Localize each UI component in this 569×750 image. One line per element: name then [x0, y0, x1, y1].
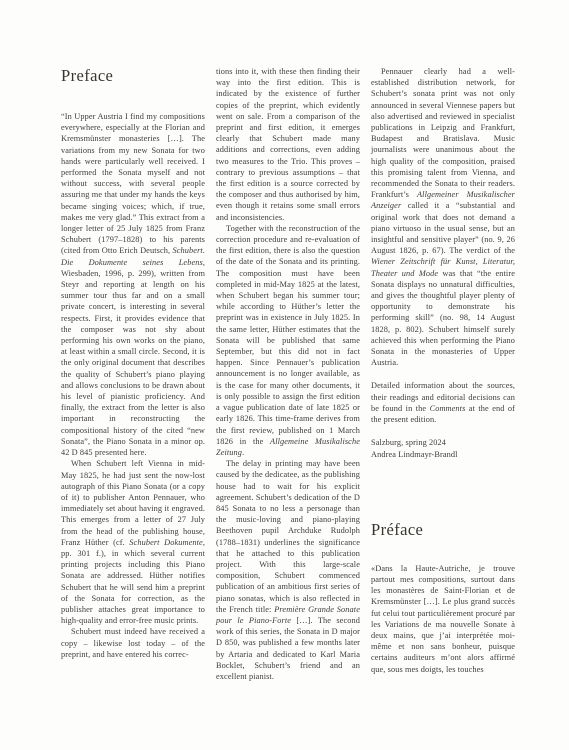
- paragraph-reception: Pennauer clearly had a well-established …: [371, 66, 515, 368]
- text-column-2: tions into it, with these then finding t…: [216, 66, 360, 682]
- signature-place-date: Salzburg, spring 2024: [371, 437, 515, 448]
- text-columns: Preface“In Upper Austria I find my compo…: [61, 66, 519, 682]
- paragraph-dedication: The delay in printing may have been caus…: [216, 458, 360, 682]
- preface-heading-french: Préface: [371, 520, 515, 540]
- paragraph-letter-quote: “In Upper Austria I find my compositions…: [61, 111, 205, 458]
- text-column-3: Pennauer clearly had a well-established …: [371, 66, 515, 675]
- paragraph-french-letter-quote: «Dans la Haute-Autriche, je trouve parto…: [371, 563, 515, 675]
- paragraph-autograph-sent: When Schubert left Vienna in mid-May 182…: [61, 458, 205, 626]
- paragraph-corrections-continued: tions into it, with these then finding t…: [216, 66, 360, 223]
- text-column-1: Preface“In Upper Austria I find my compo…: [61, 66, 205, 660]
- preface-heading-english: Preface: [61, 66, 205, 86]
- paragraph-dating: Together with the reconstruction of the …: [216, 223, 360, 458]
- signature-author: Andrea Lindmayr-Brandl: [371, 449, 515, 460]
- paragraph-comments-note: Detailed information about the sources, …: [371, 380, 515, 425]
- book-page: Preface“In Upper Austria I find my compo…: [0, 0, 569, 750]
- paragraph-copy-received: Schubert must indeed have received a cop…: [61, 626, 205, 660]
